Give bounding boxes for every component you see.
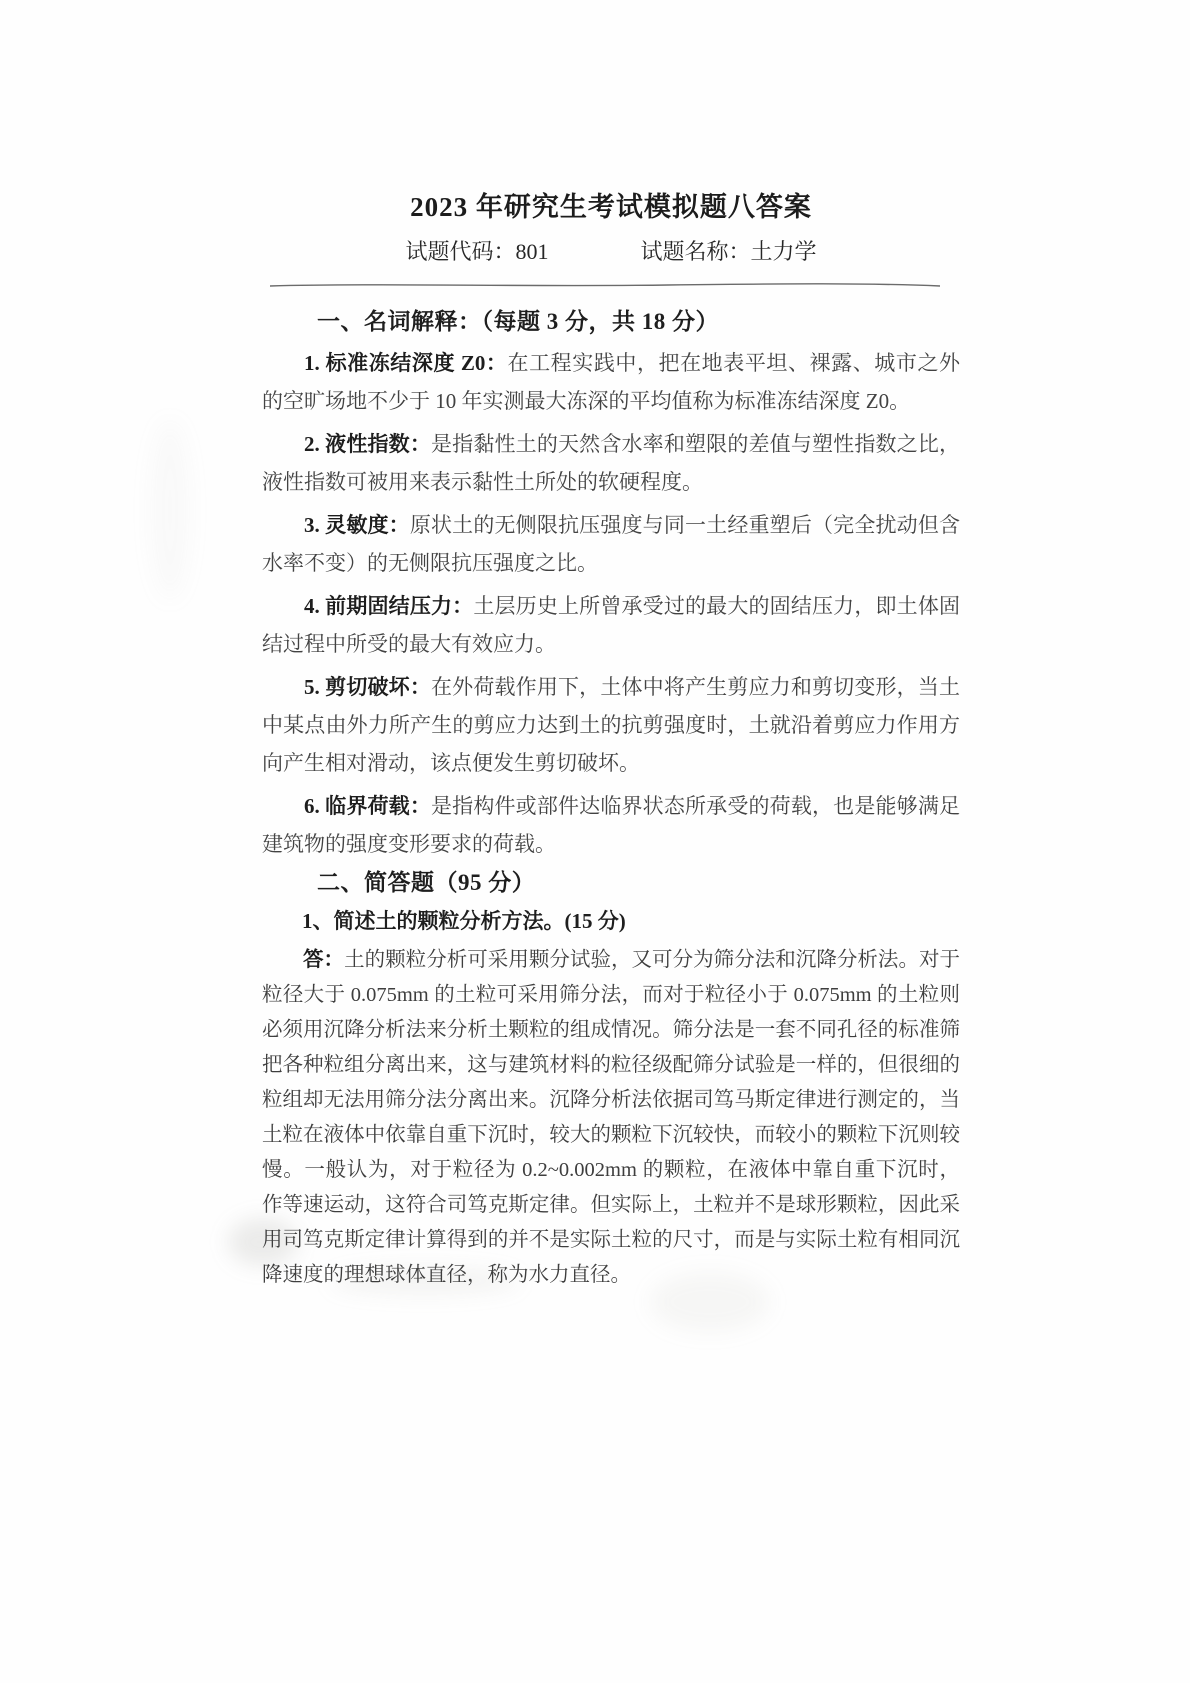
definition-item-6: 6. 临界荷载：是指构件或部件达临界状态所承受的荷载，也是能够满足建筑物的强度变…	[262, 782, 960, 863]
definition-item-3: 3. 灵敏度：原状土的无侧限抗压强度与同一土经重塑后（完全扰动但含水率不变）的无…	[262, 501, 960, 582]
answer-text: 土的颗粒分析可采用颗分试验，又可分为筛分法和沉降分析法。对于粒径大于 0.075…	[262, 949, 960, 1286]
definition-item-1: 1. 标准冻结深度 Z0：在工程实践中，把在地表平坦、裸露、城市之外的空旷场地不…	[262, 339, 960, 420]
definition-item-2: 2. 液性指数：是指黏性土的天然含水率和塑限的差值与塑性指数之比，液性指数可被用…	[262, 420, 960, 501]
term-label-3: 3. 灵敏度：	[304, 513, 410, 537]
page-title: 2023 年研究生考试模拟题八答案	[262, 190, 960, 224]
exam-meta-line: 试题代码：801 试题名称：土力学	[262, 237, 960, 267]
answer-label: 答：	[303, 949, 344, 971]
header-divider-line	[268, 280, 958, 290]
exam-code-label: 试题代码：	[405, 239, 515, 264]
document-content: 2023 年研究生考试模拟题八答案 试题代码：801 试题名称：土力学 一、名词…	[262, 190, 960, 1293]
term-label-5: 5. 剪切破坏：	[304, 675, 431, 699]
term-label-2: 2. 液性指数：	[304, 432, 431, 456]
term-label-1: 1. 标准冻结深度 Z0：	[304, 351, 508, 375]
scanned-document-page: 2023 年研究生考试模拟题八答案 试题代码：801 试题名称：土力学 一、名词…	[0, 0, 1190, 1683]
exam-code: 试题代码：801	[405, 237, 548, 267]
term-label-4: 4. 前期固结压力：	[304, 594, 473, 618]
exam-name: 试题名称：土力学	[640, 237, 816, 267]
question-1: 1、简述土的颗粒分析方法。(15 分)	[302, 903, 960, 939]
term-label-6: 6. 临界荷载：	[304, 794, 431, 818]
exam-name-value: 土力学	[751, 239, 817, 264]
definition-item-4: 4. 前期固结压力：土层历史上所曾承受过的最大的固结压力，即土体固结过程中所受的…	[262, 582, 960, 663]
section1-heading: 一、名词解释：（每题 3 分，共 18 分）	[317, 305, 960, 339]
definition-item-5: 5. 剪切破坏：在外荷载作用下，土体中将产生剪应力和剪切变形，当土中某点由外力所…	[262, 663, 960, 782]
section2-heading: 二、简答题（95 分）	[317, 866, 960, 900]
exam-name-label: 试题名称：	[640, 239, 750, 264]
exam-code-value: 801	[515, 239, 548, 264]
scan-shadow-blotch	[150, 420, 190, 600]
answer-paragraph: 答：土的颗粒分析可采用颗分试验，又可分为筛分法和沉降分析法。对于粒径大于 0.0…	[262, 943, 960, 1293]
